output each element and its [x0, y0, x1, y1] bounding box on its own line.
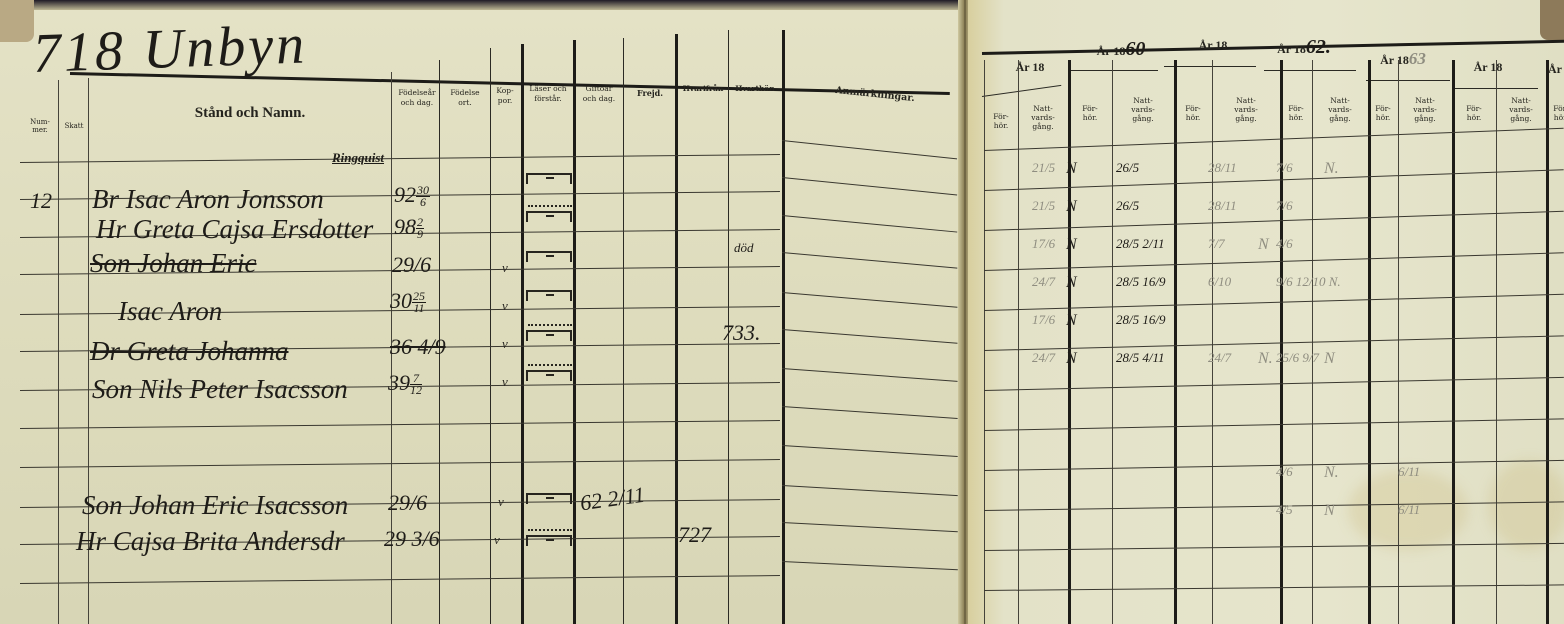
col-header-fodelsear: Födelseår och dag. — [394, 88, 440, 108]
attendance-entry: N — [1324, 350, 1335, 368]
col-rule — [1546, 60, 1549, 624]
marriage-date: 62 2/11 — [579, 482, 647, 517]
attendance-entry: 28/11 — [1208, 198, 1237, 214]
attendance-entry: 28/5 16/9 — [1116, 274, 1165, 290]
col-rule — [1212, 60, 1213, 624]
household-number: 12 — [30, 188, 52, 214]
col-header-stand-och-namn: Stånd och Namn. — [150, 108, 350, 118]
attendance-entry: N — [1066, 274, 1077, 292]
col-rule — [490, 48, 491, 624]
koppor-mark: v — [502, 260, 508, 276]
col-header-anmarkningar: Anmärkningar. — [820, 84, 930, 105]
koppor-mark: v — [502, 336, 508, 352]
row-rule — [782, 485, 958, 496]
col-header-hvarthan: Hvarthän — [728, 84, 782, 94]
row-rule — [782, 252, 957, 269]
row-rule — [782, 215, 957, 233]
paper-stain — [1488, 460, 1564, 550]
attendance-entry: 7/7 — [1208, 236, 1225, 252]
subheader-rule — [982, 85, 1061, 97]
attendance-entry: 25/6 9/7 — [1276, 350, 1319, 366]
reading-mark — [526, 370, 572, 381]
name-annotation: Ringquist — [332, 150, 384, 166]
reading-mark — [526, 290, 572, 301]
birth-date: 92306 — [394, 182, 430, 208]
row-name: Hr Cajsa Brita Andersdr — [76, 526, 345, 557]
attendance-entry: 21/5 — [1032, 160, 1055, 176]
row-name: Dr Greta Johanna — [90, 336, 288, 367]
col-header-frejd: Frejd. — [626, 88, 674, 98]
attendance-entry: 28/5 4/11 — [1116, 350, 1165, 366]
moved-to: död — [734, 240, 754, 256]
col-header-hvarifran: Hvarifrån — [676, 84, 730, 94]
attendance-entry: N — [1258, 236, 1269, 254]
attendance-entry: 24/7 — [1032, 274, 1055, 290]
subheader-rule — [1164, 66, 1256, 67]
col-header-nummer: Num- mer. — [26, 118, 54, 134]
attendance-entry: 28/5 2/11 — [1116, 236, 1165, 252]
col-header-giftoar: Giftoår och dag. — [574, 84, 624, 104]
row-rule — [782, 329, 958, 344]
col-rule — [623, 38, 624, 624]
col-header-skatt: Skatt — [60, 121, 88, 131]
attendance-entry: N — [1066, 198, 1077, 216]
koppor-mark: v — [498, 494, 504, 510]
attendance-entry: 21/5 — [1032, 198, 1055, 214]
subheader-nattvardsgang: Natt- vards- gång. — [1496, 96, 1546, 123]
attendance-entry: 9/6 12/10 N. — [1276, 274, 1341, 290]
attendance-entry: 26/5 — [1116, 160, 1139, 176]
col-header-fodelseort: Födelse ort. — [444, 88, 486, 108]
year-header: År 18 — [1448, 62, 1528, 72]
subheader-forhor: För- hör. — [1280, 104, 1312, 122]
attendance-entry: 6/11 — [1398, 502, 1420, 518]
col-header-laser: Läser och förstår. — [520, 84, 576, 104]
row-rule — [782, 140, 957, 159]
subheader-forhor: För- hör. — [984, 112, 1018, 130]
birth-date: 36 4/9 — [390, 334, 446, 360]
subheader-nattvardsgang: Natt- vards- gång. — [1312, 96, 1368, 123]
year-header: År 1863 — [1360, 54, 1446, 65]
attendance-entry: 4/6 — [1276, 236, 1293, 252]
year-header: År 18 — [1168, 40, 1258, 50]
col-rule — [1018, 60, 1019, 624]
birth-date: 302511 — [390, 288, 426, 314]
left-page: 718 Unbyn Num- mer. Skatt Stånd och Namn… — [0, 0, 964, 624]
row-rule — [20, 459, 780, 468]
row-rule — [782, 522, 958, 532]
attendance-entry: N. — [1324, 160, 1339, 178]
col-rule — [984, 60, 985, 624]
col-rule — [1368, 60, 1371, 624]
attendance-entry: 17/6 — [1032, 236, 1055, 252]
attendance-entry: 7/6 — [1276, 198, 1293, 214]
year-header: År 1860 — [1076, 44, 1166, 56]
reading-mark — [526, 535, 572, 546]
row-name: Son Johan Eric — [90, 248, 256, 279]
row-name: Hr Greta Cajsa Ersdotter — [96, 214, 373, 245]
subheader-forhor: För- hör. — [1068, 104, 1112, 122]
attendance-entry: N — [1066, 236, 1077, 254]
col-rule — [1398, 60, 1399, 624]
reading-mark — [526, 330, 572, 341]
col-rule — [1068, 60, 1071, 624]
reading-mark — [526, 211, 572, 222]
koppor-mark: v — [502, 374, 508, 390]
attendance-entry: 28/11 — [1208, 160, 1237, 176]
subheader-rule — [1068, 70, 1158, 71]
reading-mark — [526, 173, 572, 184]
row-name: Br Isac Aron Jonsson — [92, 184, 324, 215]
col-rule — [782, 30, 785, 624]
attendance-entry: N. — [1258, 350, 1273, 368]
attendance-entry: 6/11 — [1398, 464, 1420, 480]
koppor-mark: v — [502, 298, 508, 314]
right-page: År 18 År 1860 År 18 År 1862. År 1863 År … — [968, 0, 1564, 624]
moved-from: 727 — [678, 522, 711, 548]
attendance-entry: 24/7 — [1032, 350, 1055, 366]
thumb-shadow — [1540, 0, 1564, 40]
col-rule — [1452, 60, 1455, 624]
moved-to: 733. — [722, 320, 761, 346]
page-top-shadow — [0, 0, 964, 10]
row-rule — [782, 445, 958, 457]
koppor-mark: v — [494, 532, 500, 548]
col-rule — [573, 40, 576, 624]
row-rule — [20, 154, 780, 163]
row-name: Isac Aron — [118, 296, 222, 327]
attendance-entry: N — [1324, 502, 1335, 520]
row-rule — [20, 575, 780, 584]
col-rule — [1174, 60, 1177, 624]
attendance-entry: 24/7 — [1208, 350, 1231, 366]
birth-date: 9829 — [394, 214, 424, 240]
row-rule — [782, 561, 958, 570]
row-rule — [782, 292, 957, 308]
reading-mark — [526, 251, 572, 262]
birth-date: 39712 — [388, 370, 422, 396]
subheader-rule — [1366, 80, 1450, 81]
row-rule — [782, 406, 958, 419]
row-rule — [782, 368, 958, 382]
subheader-rule — [1264, 70, 1356, 71]
row-rule — [20, 420, 780, 429]
subheader-forhor: För- hör. — [1368, 104, 1398, 122]
year-header: År 1862. — [1258, 42, 1350, 54]
attendance-entry: 7/6 — [1276, 160, 1293, 176]
row-name: Son Johan Eric Isacsson — [82, 490, 348, 521]
attendance-entry: N — [1066, 160, 1077, 178]
birth-date: 29/6 — [392, 252, 431, 278]
attendance-entry: N. — [1324, 464, 1339, 482]
subheader-forhor: För- hör. — [1174, 104, 1212, 122]
col-rule — [521, 44, 524, 624]
subheader-nattvardsgang: Natt- vards- gång. — [1018, 104, 1068, 131]
attendance-entry: 17/6 — [1032, 312, 1055, 328]
thumb-shadow — [0, 0, 34, 42]
birth-date: 29 3/6 — [384, 526, 440, 552]
reading-mark — [526, 493, 572, 504]
row-rule — [782, 177, 957, 195]
subheader-nattvardsgang: Natt- vards- gång. — [1398, 96, 1452, 123]
attendance-entry: N — [1066, 312, 1077, 330]
attendance-entry: N — [1066, 350, 1077, 368]
attendance-entry: 4/6 — [1276, 464, 1293, 480]
attendance-entry: 4/5 — [1276, 502, 1293, 518]
subheader-nattvardsgang: Natt- vards- gång. — [1212, 96, 1280, 123]
col-rule — [1496, 60, 1497, 624]
subheader-nattvardsgang: Natt- vards- gång. — [1112, 96, 1174, 123]
attendance-entry: 6/10 — [1208, 274, 1231, 290]
year-header: År 18 — [990, 62, 1070, 72]
year-header: År — [1540, 64, 1564, 74]
birth-date: 29/6 — [388, 490, 427, 516]
subheader-forhor: För- hör. — [1452, 104, 1496, 122]
col-header-koppor: Kop- por. — [490, 86, 520, 106]
attendance-entry: 28/5 16/9 — [1116, 312, 1165, 328]
row-name: Son Nils Peter Isacsson — [92, 374, 348, 405]
attendance-entry: 26/5 — [1116, 198, 1139, 214]
